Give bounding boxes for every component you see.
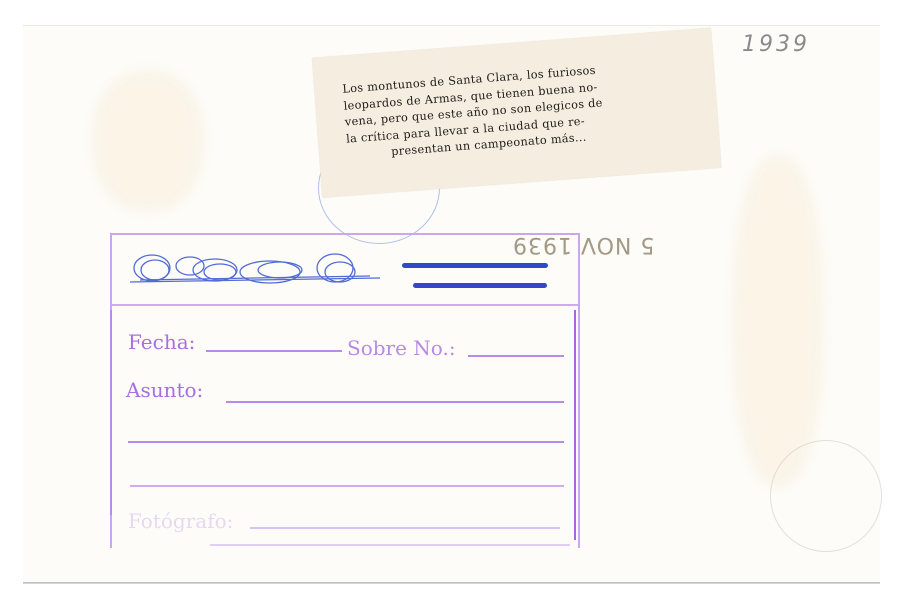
asunto-line (226, 401, 564, 403)
embossed-seal (770, 440, 882, 552)
redaction-scribble (130, 252, 380, 288)
redaction-line (402, 263, 548, 268)
stamp-bottom-edge (210, 544, 570, 546)
stamp-border-right (574, 310, 576, 540)
fecha-label: Fecha: (128, 330, 195, 354)
fotografo-line (250, 527, 560, 529)
fecha-line (206, 350, 342, 352)
asunto-label: Asunto: (126, 378, 203, 402)
fotografo-label: Fotógrafo: (128, 509, 233, 533)
newspaper-clipping: Los montunos de Santa Clara, los furioso… (312, 28, 721, 198)
stamp-divider (112, 304, 578, 306)
clipping-text: Los montunos de Santa Clara, los furioso… (342, 55, 707, 165)
paper-stain (93, 71, 203, 211)
blank-line (128, 441, 564, 443)
sobre-line (468, 355, 564, 357)
paper-stain (733, 156, 823, 486)
pencil-year-annotation: 1939 (742, 32, 810, 57)
blank-line (130, 485, 564, 487)
stamp-border-left (110, 310, 112, 515)
sobre-label: Sobre No.: (347, 336, 456, 360)
redaction-line (413, 283, 547, 288)
